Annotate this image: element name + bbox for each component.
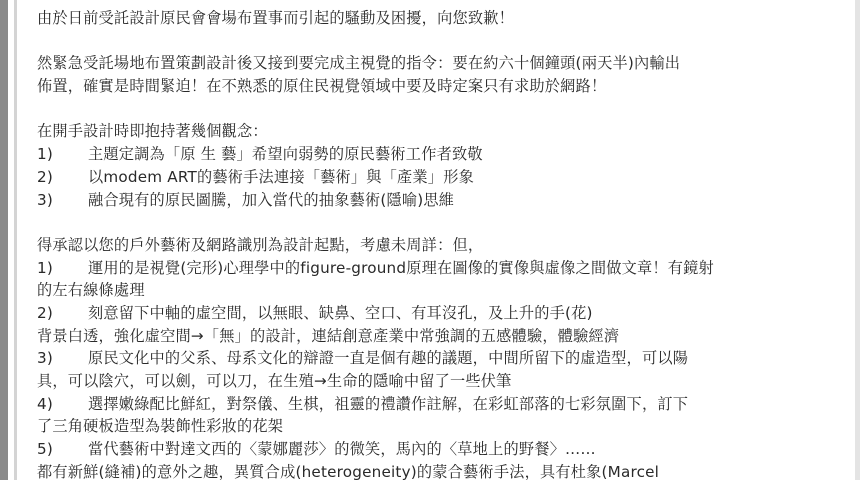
item-number: 3) xyxy=(37,189,88,212)
item-text: 融合現有的原民圖騰，加入當代的抽象藝術(隱喻)思維 xyxy=(88,189,454,212)
item-number: 1) xyxy=(37,143,88,166)
context-line-1: 然緊急受託場地布置策劃設計後又接到要完成主視覺的指令：要在約六十個鐘頭(兩天半)… xyxy=(37,52,847,75)
ack-item: 2) 刻意留下中軸的虛空間，以無眼、缺鼻、空口、有耳沒孔，及上升的手(花) xyxy=(37,302,847,325)
item-number: 1) xyxy=(37,257,88,280)
left-page-edge xyxy=(14,0,17,480)
item-text: 原民文化中的父系、母系文化的辯證一直是個有趣的議題，中間所留下的虛造型，可以陽 xyxy=(88,347,688,370)
ack-item: 4) 選擇嫩綠配比鮮紅，對祭儀、生棋，祖靈的禮讚作註解，在彩虹部落的七彩氛圍下，… xyxy=(37,393,847,416)
concept-item: 2) 以modem ART的藝術手法連接「藝術」與「產業」形象 xyxy=(37,166,847,189)
apology-paragraph: 由於日前受託設計原民會會場布置事而引起的騷動及困擾，向您致歉！ xyxy=(37,7,847,30)
item-text: 當代藝術中對達文西的〈蒙娜麗莎〉的微笑，馬內的〈草地上的野餐〉…… xyxy=(88,438,596,461)
context-line-2: 佈置，確實是時間緊迫！在不熟悉的原住民視覺領域中要及時定案只有求助於網路！ xyxy=(37,75,847,98)
item-continuation: 具，可以陰穴，可以劍，可以刀，在生殖→生命的隱喻中留了一些伏筆 xyxy=(37,370,847,393)
item-text: 運用的是視覺(完形)心理學中的figure-ground原理在圖像的實像與虛像之… xyxy=(88,257,714,280)
item-text: 選擇嫩綠配比鮮紅，對祭儀、生棋，祖靈的禮讚作註解，在彩虹部落的七彩氛圍下，訂下 xyxy=(88,393,688,416)
item-continuation: 的左右線條處理 xyxy=(37,279,847,302)
blank-line xyxy=(37,30,847,53)
item-number: 3) xyxy=(37,347,88,370)
blank-line xyxy=(37,211,847,234)
item-continuation: 都有新鮮(縫補)的意外之趣，異質合成(heterogeneity)的蒙合藝術手法… xyxy=(37,461,847,480)
blank-line xyxy=(37,98,847,121)
concept-item: 1) 主題定調為「原 生 藝」希望向弱勢的原民藝術工作者致敬 xyxy=(37,143,847,166)
ack-item: 1) 運用的是視覺(完形)心理學中的figure-ground原理在圖像的實像與… xyxy=(37,257,847,280)
item-text: 以modem ART的藝術手法連接「藝術」與「產業」形象 xyxy=(88,166,474,189)
item-continuation: 了三角硬板造型為裝飾性彩妝的花架 xyxy=(37,415,847,438)
ack-item: 5) 當代藝術中對達文西的〈蒙娜麗莎〉的微笑，馬內的〈草地上的野餐〉…… xyxy=(37,438,847,461)
acknowledgement-heading: 得承認以您的戶外藝術及網路識別為設計起點，考慮未周詳：但， xyxy=(37,234,847,257)
concepts-heading: 在開手設計時即抱持著幾個觀念： xyxy=(37,120,847,143)
item-continuation: 背景白透，強化虛空間→「無」的設計，連結創意產業中常強調的五感體驗，體驗經濟 xyxy=(37,325,847,348)
right-scrollbar-track[interactable] xyxy=(855,0,860,480)
concept-item: 3) 融合現有的原民圖騰，加入當代的抽象藝術(隱喻)思維 xyxy=(37,189,847,212)
item-number: 2) xyxy=(37,302,88,325)
left-window-border xyxy=(0,0,8,480)
item-text: 刻意留下中軸的虛空間，以無眼、缺鼻、空口、有耳沒孔，及上升的手(花) xyxy=(88,302,593,325)
item-number: 5) xyxy=(37,438,88,461)
item-number: 4) xyxy=(37,393,88,416)
item-text: 主題定調為「原 生 藝」希望向弱勢的原民藝術工作者致敬 xyxy=(88,143,483,166)
ack-item: 3) 原民文化中的父系、母系文化的辯證一直是個有趣的議題，中間所留下的虛造型，可… xyxy=(37,347,847,370)
document-body: 由於日前受託設計原民會會場布置事而引起的騷動及困擾，向您致歉！ 然緊急受託場地布… xyxy=(37,7,847,480)
item-number: 2) xyxy=(37,166,88,189)
